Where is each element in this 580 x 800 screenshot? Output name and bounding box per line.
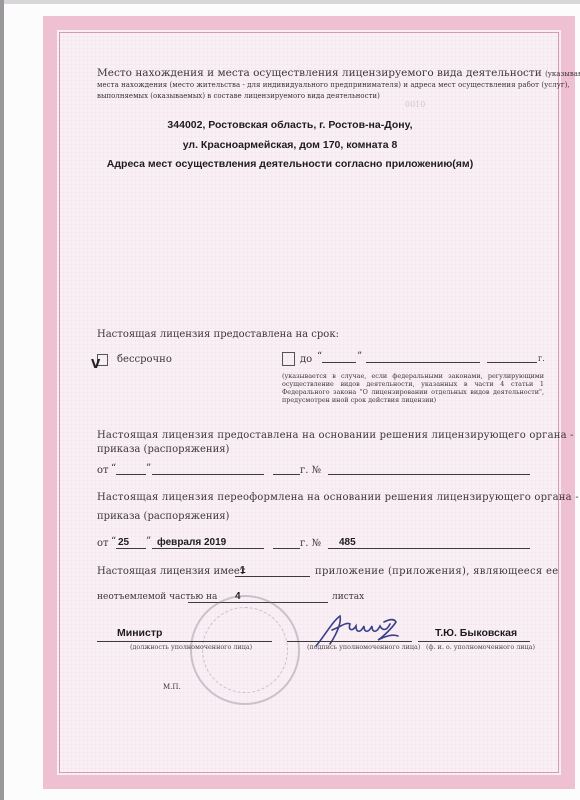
granted-basis-line2: приказа (распоряжения): [97, 444, 229, 455]
reissued-day-value: 25: [118, 537, 129, 548]
term-note: (указывается в случае, если федеральными…: [282, 372, 544, 404]
header-note-line2: места нахождения (место жительства - для…: [97, 81, 570, 89]
address-line-1: 344002, Ростовская область, г. Ростов-на…: [0, 119, 580, 131]
seal-label: М.П.: [163, 683, 181, 691]
granted-year-field[interactable]: [273, 474, 300, 475]
until-month-field[interactable]: [366, 362, 480, 363]
reissued-basis-line1: Настоящая лицензия переоформлена на осно…: [97, 492, 579, 503]
header-title: Место нахождения и места осуществления л…: [97, 67, 580, 79]
reissued-month-year-value: февраля 2019: [157, 537, 226, 548]
reissued-year-field[interactable]: [273, 548, 300, 549]
appendix-text-a: Настоящая лицензия имеет: [97, 566, 245, 577]
name-caption: (ф. и. о. уполномоченного лица): [426, 643, 535, 651]
name-line: [418, 641, 530, 642]
reissued-number-value: 485: [339, 537, 356, 548]
until-day-field[interactable]: [322, 362, 356, 363]
address-line-2: ул. Красноармейская, дом 170, комната 8: [0, 139, 580, 151]
appendix-text-c: неотъемлемой частью на: [97, 592, 217, 602]
official-name: Т.Ю. Быковская: [435, 627, 517, 639]
header-main-text: Место нахождения и места осуществления л…: [97, 67, 542, 79]
reissued-day-field[interactable]: [116, 548, 146, 549]
granted-number-label: г. №: [300, 465, 321, 476]
reissued-basis-line2: приказа (распоряжения): [97, 511, 229, 522]
appendix-text-d: листах: [332, 592, 364, 602]
scan-edge-top: [0, 0, 580, 4]
granted-number-field[interactable]: [328, 474, 530, 475]
reissued-quote-close: ”: [146, 536, 151, 547]
appendix-count-value: 1: [240, 565, 246, 576]
official-position: Министр: [117, 627, 162, 639]
reissued-number-label: г. №: [300, 538, 321, 549]
signature-caption: (подпись уполномоченного лица): [307, 643, 420, 651]
reissued-month-field[interactable]: [152, 548, 264, 549]
checkbox-until[interactable]: [282, 352, 295, 366]
position-caption: (должность уполномоченного лица): [130, 643, 252, 651]
quote-close: ”: [357, 351, 362, 362]
reissued-number-field[interactable]: [328, 548, 530, 549]
granted-month-field[interactable]: [152, 474, 264, 475]
until-year-field[interactable]: [487, 362, 537, 363]
header-note-line3: выполняемых (оказываемых) в составе лице…: [97, 92, 380, 100]
term-label: Настоящая лицензия предоставлена на срок…: [97, 329, 339, 340]
signature-line: [287, 641, 412, 642]
address-line-3: Адреса мест осуществления деятельности с…: [0, 158, 580, 170]
quote-open: “: [317, 351, 322, 362]
position-line: [97, 641, 272, 642]
option-unlimited-label: бессрочно: [117, 354, 172, 365]
appendix-text-b: приложение (приложения), являющееся ее: [315, 566, 558, 577]
granted-quote-close: ”: [146, 463, 151, 474]
faint-serial-number: 0010: [405, 100, 425, 109]
reissued-from-label: от: [97, 538, 109, 549]
until-year-suffix: г.: [538, 354, 545, 363]
granted-from-label: от: [97, 465, 109, 476]
granted-quote-open: “: [111, 463, 116, 474]
granted-day-field[interactable]: [116, 474, 146, 475]
check-mark-icon: V: [91, 357, 100, 371]
option-until-label: до: [300, 354, 312, 365]
appendix-count-field[interactable]: [235, 576, 310, 577]
reissued-quote-open: “: [111, 536, 116, 547]
header-note-tail: (указываются адрес: [545, 70, 580, 78]
granted-basis-line1: Настоящая лицензия предоставлена на осно…: [97, 430, 574, 441]
